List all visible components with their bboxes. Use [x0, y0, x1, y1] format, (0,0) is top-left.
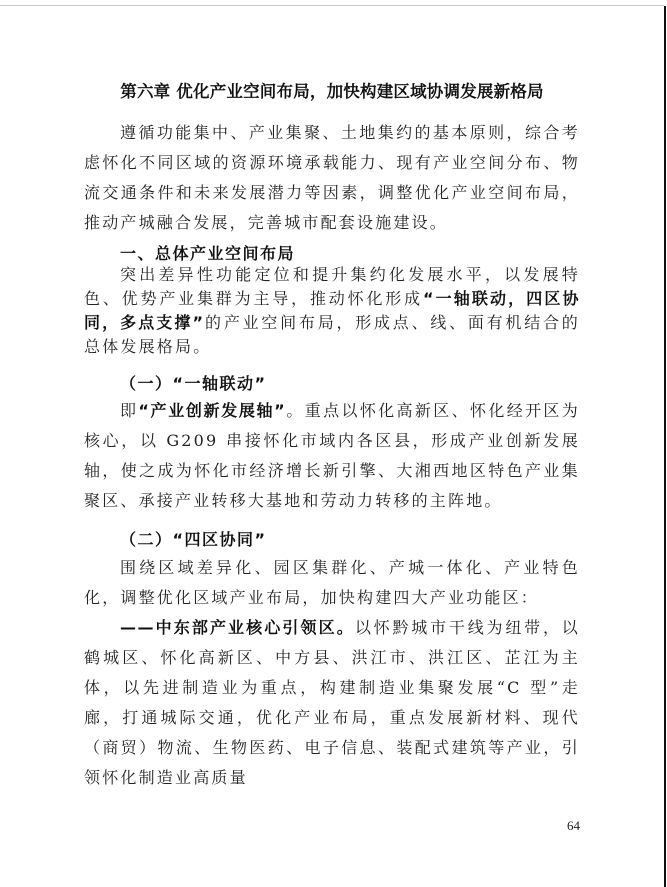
- subsection2-paragraph: 围绕区域差异化、园区集群化、产城一体化、产业特色化，调整优化区域产业布局，加快构…: [84, 553, 580, 613]
- subsection1-paragraph: 即“产业创新发展轴”。重点以怀化高新区、怀化经开区为核心，以 G209 串接怀化…: [84, 396, 580, 516]
- page-number: 64: [567, 818, 580, 834]
- section1-paragraph: 突出差异性功能定位和提升集约化发展水平，以发展特色、优势产业集群为主导，推动怀化…: [84, 263, 580, 359]
- chapter-title: 第六章 优化产业空间布局，加快构建区域协调发展新格局: [84, 78, 580, 102]
- subsection-heading-four-zones: （二）“四区协同”: [120, 527, 267, 550]
- section-heading-overall-layout: 一、总体产业空间布局: [120, 241, 295, 264]
- intro-paragraph: 遵循功能集中、产业集聚、土地集约的基本原则，综合考虑怀化不同区域的资源环境承载能…: [84, 118, 580, 238]
- zone1-text: 以怀黔城市干线为纽带，以鹤城区、怀化高新区、中方县、洪江市、洪江区、芷江为主体，…: [84, 618, 580, 787]
- subsection1-text-before: 即: [120, 401, 138, 420]
- zone1-paragraph: ——中东部产业核心引领区。以怀黔城市干线为纽带，以鹤城区、怀化高新区、中方县、洪…: [84, 613, 580, 793]
- subsection-heading-one-axis: （一）“一轴联动”: [120, 371, 267, 394]
- zone1-bold-title: ——中东部产业核心引领区。: [120, 618, 355, 637]
- top-border-line: [0, 5, 664, 6]
- subsection1-bold-axis: “产业创新发展轴”: [138, 401, 286, 420]
- right-border-line: [664, 6, 666, 887]
